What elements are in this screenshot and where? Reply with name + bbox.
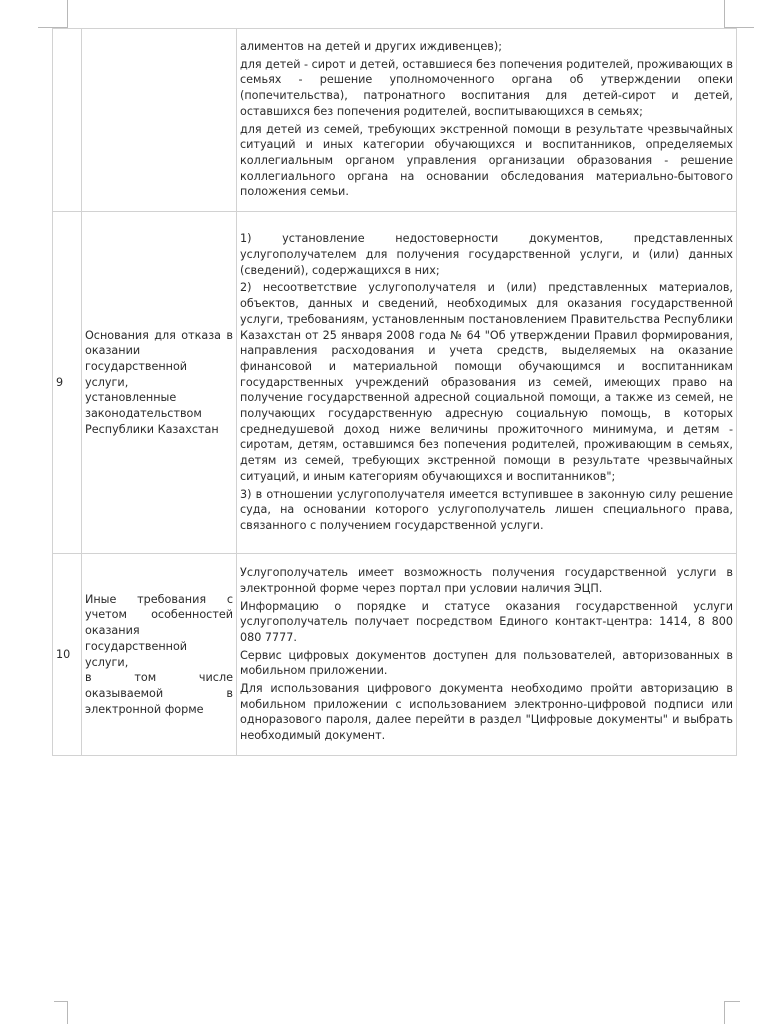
row-label-refusal-grounds: Основания для отказа в оказании государс… [82, 212, 237, 554]
row-content: 1) установление недостоверности документ… [237, 212, 737, 554]
label-line: установленные [85, 390, 233, 406]
paragraph: 3) в отношении услугополучателя имеется … [240, 486, 733, 535]
row-label-other-requirements: Иные требования с учетом особенностей ок… [82, 554, 237, 756]
service-standard-table: алиментов на детей и других иждивенцев);… [52, 28, 737, 756]
crop-mark-top-right [724, 0, 725, 28]
paragraph: Для использования цифрового документа не… [240, 680, 733, 745]
paragraph: 2) несоответствие услугополучателя и (ил… [240, 279, 733, 485]
label-line: Основания для отказа в [85, 328, 233, 344]
row-content: Услугополучатель имеет возможность получ… [237, 554, 737, 756]
crop-mark-bottom-right [724, 1001, 725, 1024]
paragraph: Сервис цифровых документов доступен для … [240, 647, 733, 680]
row-label [82, 29, 237, 212]
label-line: оказываемой в [85, 686, 233, 702]
table-row: 10 Иные требования с учетом особенностей… [53, 554, 737, 756]
label-line: оказании [85, 343, 233, 359]
label-line: государственной услуги, [85, 359, 233, 390]
crop-mark-bottom-left-horizontal [54, 1001, 67, 1002]
label-line: Республики Казахстан [85, 422, 233, 438]
label-line: в том числе [85, 670, 233, 686]
row-number: 9 [53, 212, 82, 554]
label-line: оказания [85, 623, 233, 639]
paragraph: 1) установление недостоверности документ… [240, 230, 733, 279]
table-row: алиментов на детей и других иждивенцев);… [53, 29, 737, 212]
crop-mark-bottom-right-horizontal [724, 1001, 740, 1002]
label-line: государственной услуги, [85, 639, 233, 670]
label-line: учетом особенностей [85, 607, 233, 623]
row-number: 10 [53, 554, 82, 756]
crop-mark-top-left [67, 0, 68, 28]
paragraph: Информацию о порядке и статусе оказания … [240, 598, 733, 647]
crop-mark-bottom-left [67, 1001, 68, 1024]
paragraph: Услугополучатель имеет возможность получ… [240, 564, 733, 597]
paragraph: алиментов на детей и других иждивенцев); [240, 39, 733, 56]
row-content: алиментов на детей и других иждивенцев);… [237, 29, 737, 212]
row-number [53, 29, 82, 212]
table-row: 9 Основания для отказа в оказании госуда… [53, 212, 737, 554]
label-line: законодательством [85, 406, 233, 422]
paragraph: для детей из семей, требующих экстренной… [240, 121, 733, 202]
paragraph: для детей - сирот и детей, оставшиеся бе… [240, 56, 733, 121]
label-line: Иные требования с [85, 592, 233, 608]
label-line: электронной форме [85, 702, 233, 718]
